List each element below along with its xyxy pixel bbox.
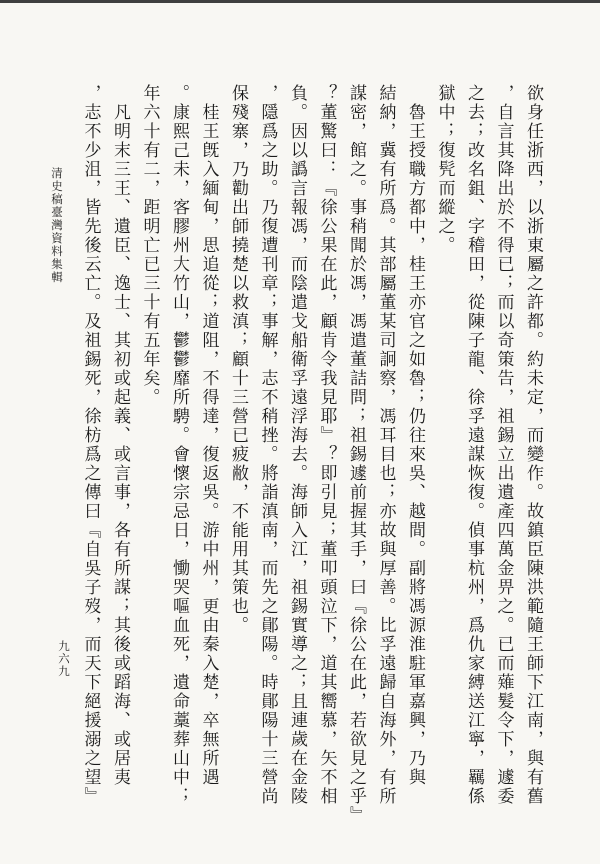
text-column-7: 謀密，館之。事稍聞於馮，馮遣董詰問；祖錫遽前握其手，曰『徐公在此，若欲見之乎』 bbox=[341, 84, 371, 829]
text-column-3: 之去；改名鉏、字稽田，從陳子龍、徐孚遠謀恢復。偵事杭州，爲仇家縛送江寧，羈係 bbox=[459, 84, 489, 829]
scanned-book-page: 清史稿臺灣資料集輯 九六九 欲身任浙西，以浙東屬之許都。約未定，而變作。故鎮臣陳… bbox=[0, 0, 600, 864]
text-column-5: 魯王授職方都中，桂王亦官之如魯；仍往來吳、越間。副將馮源淮駐軍嘉興，乃與 bbox=[400, 84, 430, 829]
text-column-8: ？董驚曰：『徐公果在此，顧肯令我見耶』？即引見；董叩頭泣下，道其嚮慕，矢不相 bbox=[311, 84, 341, 829]
text-column-4: 獄中；復髠而縱之。 bbox=[429, 84, 459, 829]
running-title: 清史稿臺灣資料集輯 bbox=[49, 167, 65, 284]
text-column-2: ，自言其降出於不得已；而以奇策告，祖錫立出遺產四萬金畀之。已而薙髮令下，遽委 bbox=[488, 84, 518, 829]
text-column-16: ，志不少沮，皆先後云亡。及祖錫死，徐枋爲之傳曰『自吳子歿，而天下絕援溺之望』 bbox=[75, 84, 105, 829]
text-column-9: 負。因以譌言報馮，而陰遣戈船衛孚遠浮海去。海師入江，祖錫實導之；且連歲在金陵 bbox=[282, 84, 312, 829]
page-number: 九六九 bbox=[56, 640, 72, 678]
text-column-13: 。康熙己未，客膠州大竹山，鬱鬱靡所騁。會懷宗忌日，慟哭嘔血死，遺命藁葬山中； bbox=[164, 84, 194, 829]
text-column-14: 年六十有二，距明亡已三十有五年矣。 bbox=[134, 84, 164, 829]
text-column-6: 結納，冀有所爲。其部屬董某司詗察，馮耳目也；亦故與厚善。比孚遠歸自海外，有所 bbox=[370, 84, 400, 829]
text-column-12: 桂王旣入緬甸，思追從；道阻，不得達，復返吳。游中州，更由秦入楚，卒無所遇 bbox=[193, 84, 223, 829]
text-column-1: 欲身任浙西，以浙東屬之許都。約未定，而變作。故鎮臣陳洪範隨王師下江南，與有舊 bbox=[518, 84, 548, 829]
text-column-10: ，隱爲之助。乃復遭刊章；事解，志不稍挫。將詣滇南，而先之鄖陽。時鄖陽十三營尚 bbox=[252, 84, 282, 829]
scan-edge-line bbox=[0, 0, 600, 3]
text-column-15: 凡明末三王、遺臣、逸士、其初或起義、或言事，各有所謀；其後或蹈海、或居夷 bbox=[105, 84, 135, 829]
text-block: 欲身任浙西，以浙東屬之許都。約未定，而變作。故鎮臣陳洪範隨王師下江南，與有舊 ，… bbox=[74, 84, 547, 829]
text-column-11: 保殘寨，乃勸出師撓楚以救滇；顧十三營已疲敝，不能用其策也。 bbox=[223, 84, 253, 829]
